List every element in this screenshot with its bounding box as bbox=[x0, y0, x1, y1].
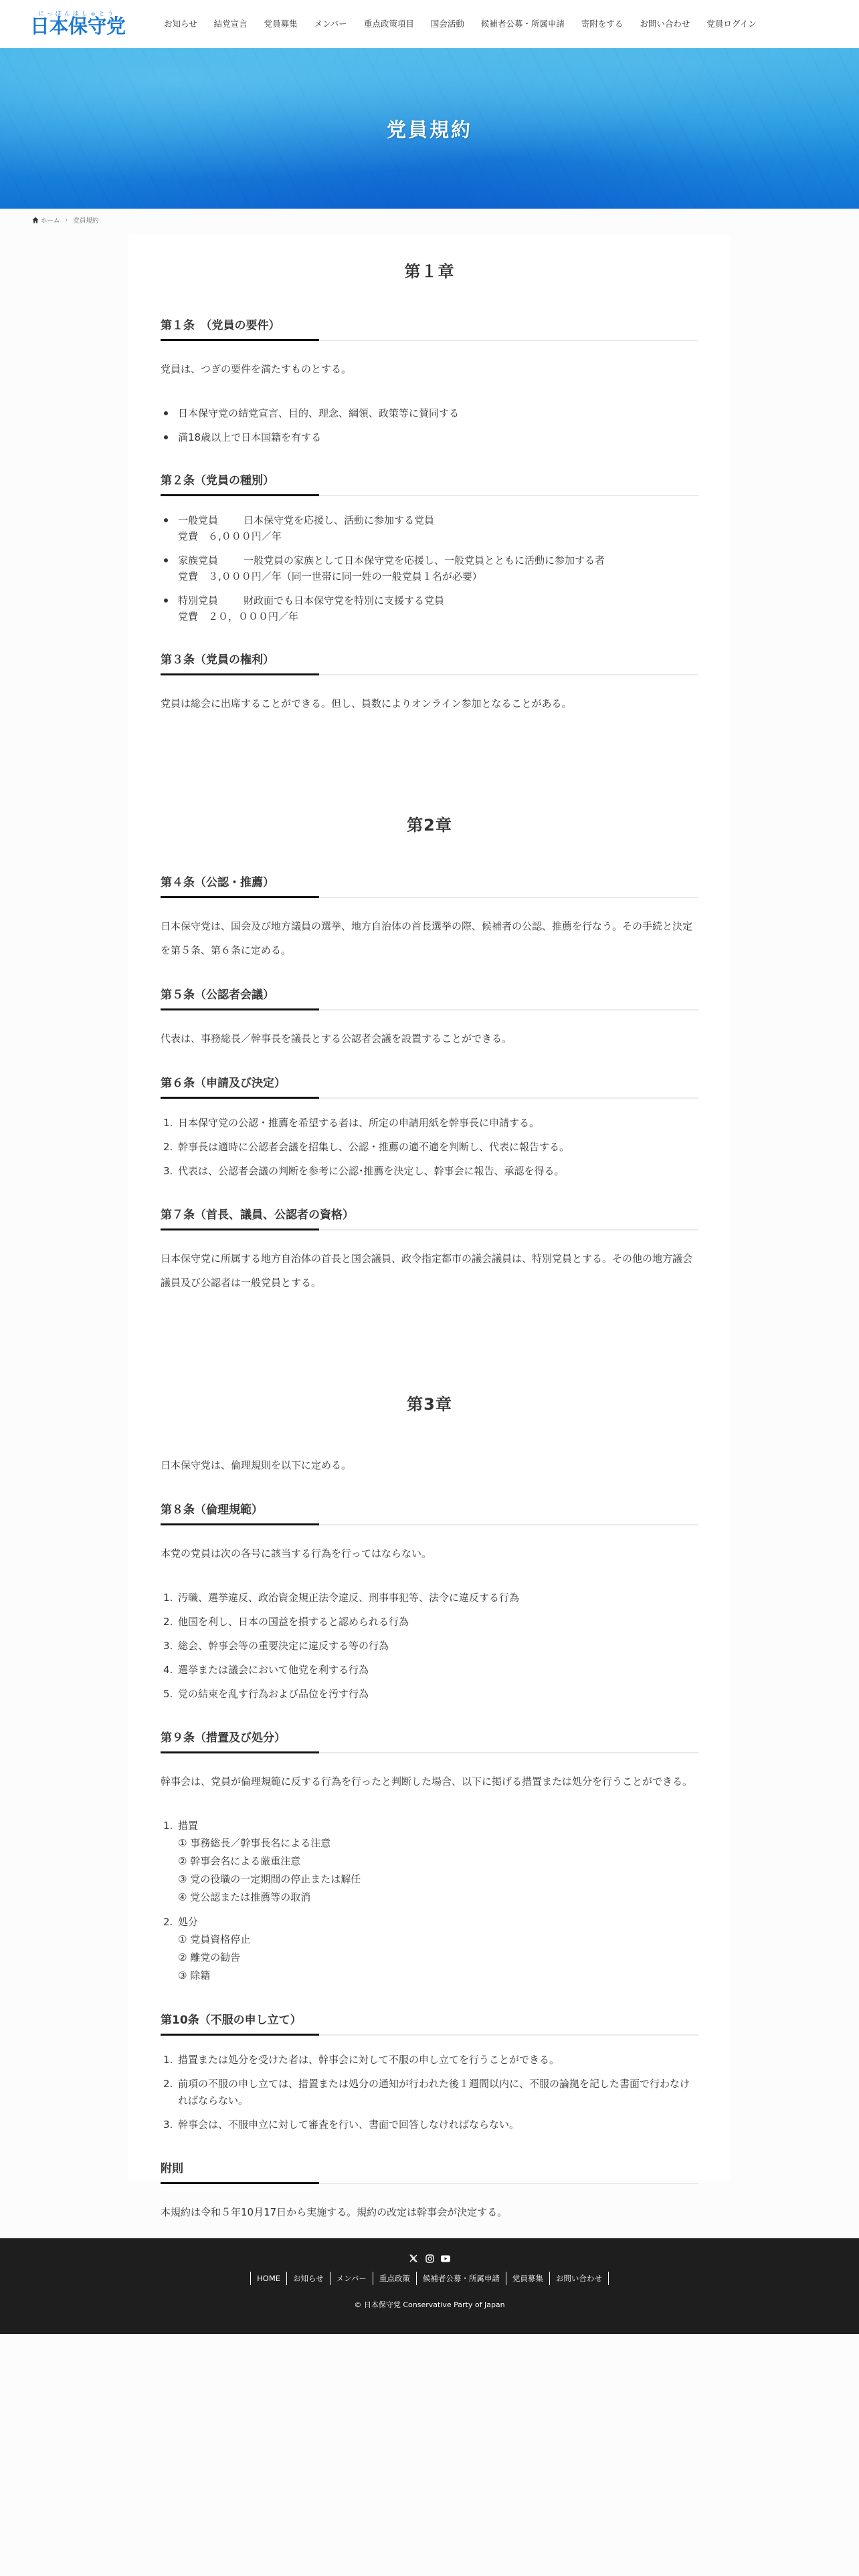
logo-text: 日本保守党 bbox=[30, 17, 126, 36]
member-type-desc: 日本保守党を応援し、活動に参加する党員 bbox=[244, 514, 434, 526]
youtube-icon[interactable] bbox=[441, 2254, 450, 2263]
article-4-text: 日本保守党は、国会及び地方議員の選挙、地方自治体の首長選挙の際、候補者の公認、推… bbox=[161, 914, 698, 962]
member-type-item: 一般党員日本保守党を応援し、活動に参加する党員 党費 ６,０００円／年 bbox=[161, 512, 698, 544]
nav-item-declaration[interactable]: 結党宣言 bbox=[214, 17, 248, 31]
footer-nav-candidates[interactable]: 候補者公募・所属申請 bbox=[416, 2272, 506, 2285]
x-icon[interactable] bbox=[409, 2254, 418, 2263]
chapter-1-title: 第１章 bbox=[161, 259, 698, 284]
list-item: 2.処分 ① 党員資格停止 ② 離党の勧告 ③ 除籍 bbox=[161, 1914, 698, 1985]
global-nav: お知らせ 結党宣言 党員募集 メンバー 重点政策項目 国会活動 候補者公募・所属… bbox=[164, 17, 773, 31]
member-fee: 党費 ３,０００円／年（同一世帯に同一姓の一般党員１名が必要） bbox=[178, 568, 698, 584]
article-9-heading: 第９条（措置及び処分） bbox=[161, 1729, 698, 1753]
footer-nav: HOME お知らせ メンバー 重点政策 候補者公募・所属申請 党員募集 お問い合… bbox=[0, 2272, 859, 2285]
footer-nav-news[interactable]: お知らせ bbox=[286, 2272, 330, 2285]
article-5-heading: 第５条（公認者会議） bbox=[161, 986, 698, 1010]
list-item: 1.汚職、選挙違反、政治資金規正法令違反、刑事事犯等、法令に違反する行為 bbox=[161, 1590, 698, 1606]
breadcrumb-separator: › bbox=[66, 217, 68, 224]
footer-nav-home[interactable]: HOME bbox=[250, 2272, 286, 2285]
article-8-list: 1.汚職、選挙違反、政治資金規正法令違反、刑事事犯等、法令に違反する行為 2.他… bbox=[161, 1590, 698, 1703]
article-4-heading: 第４条（公認・推薦） bbox=[161, 874, 698, 898]
article-3-heading: 第３条（党員の権利） bbox=[161, 651, 698, 675]
list-item: 2.他国を利し、日本の国益を損すると認められる行為 bbox=[161, 1614, 698, 1630]
list-item: 満18歳以上で日本国籍を有する bbox=[161, 429, 698, 445]
member-type: 一般党員 bbox=[178, 514, 218, 526]
article-6-list: 1.日本保守党の公認・推薦を希望する者は、所定の申請用紙を幹事長に申請する。 2… bbox=[161, 1115, 698, 1180]
list-item: 1.措置または処分を受けた者は、幹事会に対して不服の申し立てを行うことができる。 bbox=[161, 2052, 698, 2068]
list-item: 3.総会、幹事会等の重要決定に違反する等の行為 bbox=[161, 1638, 698, 1654]
supplementary-heading: 附則 bbox=[161, 2160, 698, 2184]
footer-nav-contact[interactable]: お問い合わせ bbox=[549, 2272, 609, 2285]
member-fee: 党費 ６,０００円／年 bbox=[178, 528, 698, 544]
article-2-heading: 第２条（党員の種別） bbox=[161, 472, 698, 496]
article-9-list: 1.措置 ① 事務総長／幹事長名による注意 ② 幹事会名による厳重注意 ③ 党の… bbox=[161, 1818, 698, 1985]
nav-item-diet[interactable]: 国会活動 bbox=[431, 17, 464, 31]
list-item: 3.幹事会は、不服申立に対して審査を行い、書面で回答しなければならない。 bbox=[161, 2117, 698, 2133]
article-7-text: 日本保守党に所属する地方自治体の首長と国会議員、政令指定都市の議会議員は、特別党… bbox=[161, 1247, 698, 1295]
article-10-list: 1.措置または処分を受けた者は、幹事会に対して不服の申し立てを行うことができる。… bbox=[161, 2052, 698, 2133]
list-item: 2.幹事長は適時に公認者会議を招集し、公認・推薦の適不適を判断し、代表に報告する… bbox=[161, 1139, 698, 1156]
nav-item-login[interactable]: 党員ログイン bbox=[706, 17, 756, 31]
sub-list: ① 党員資格停止 ② 離党の勧告 ③ 除籍 bbox=[178, 1931, 698, 1985]
nav-item-candidates[interactable]: 候補者公募・所属申請 bbox=[481, 17, 565, 31]
breadcrumb-current: 党員規約 bbox=[73, 215, 98, 225]
nav-item-members[interactable]: メンバー bbox=[314, 17, 347, 31]
instagram-icon[interactable] bbox=[425, 2254, 434, 2263]
member-type: 家族党員 bbox=[178, 554, 218, 566]
copyright: © 日本保守党 Conservative Party of Japan bbox=[0, 2299, 859, 2310]
breadcrumb: ホーム › 党員規約 bbox=[32, 215, 98, 225]
member-type-item: 家族党員一般党員の家族として日本保守党を応援し、一般党員とともに活動に参加する者… bbox=[161, 552, 698, 584]
list-item: 日本保守党の結党宣言、目的、理念、綱領、政策等に賛同する bbox=[161, 405, 698, 421]
article-8-intro: 本党の党員は次の各号に該当する行為を行ってはならない。 bbox=[161, 1541, 698, 1566]
supplementary-text: 本規約は令和５年10月17日から実施する。規約の改定は幹事会が決定する。 bbox=[161, 2200, 698, 2224]
list-item: 5.党の結束を乱す行為および品位を汚す行為 bbox=[161, 1686, 698, 1703]
article-5-text: 代表は、事務総長／幹事長を議長とする公認者会議を設置することができる。 bbox=[161, 1027, 698, 1051]
member-type-desc: 財政面でも日本保守党を特別に支援する党員 bbox=[244, 595, 444, 607]
article-1-list: 日本保守党の結党宣言、目的、理念、綱領、政策等に賛同する 満18歳以上で日本国籍… bbox=[161, 405, 698, 445]
nav-item-contact[interactable]: お問い合わせ bbox=[640, 17, 690, 31]
footer-nav-recruit[interactable]: 党員募集 bbox=[506, 2272, 549, 2285]
chapter-2-title: 第2章 bbox=[161, 813, 698, 837]
list-item: 4.選挙または議会において他党を利する行為 bbox=[161, 1662, 698, 1679]
nav-item-recruit[interactable]: 党員募集 bbox=[264, 17, 298, 31]
article-8-heading: 第８条（倫理規範） bbox=[161, 1501, 698, 1525]
member-type-item: 特別党員財政面でも日本保守党を特別に支援する党員 党費 ２０，０００円／年 bbox=[161, 593, 698, 625]
nav-item-donate[interactable]: 寄附をする bbox=[581, 17, 624, 31]
list-item: 3.代表は、公認者会議の判断を参考に公認･推薦を決定し、幹事会に報告、承認を得る… bbox=[161, 1163, 698, 1180]
chapter-3-title: 第3章 bbox=[161, 1392, 698, 1416]
nav-item-news[interactable]: お知らせ bbox=[164, 17, 197, 31]
member-type: 特別党員 bbox=[178, 595, 218, 607]
social-links bbox=[0, 2254, 859, 2263]
member-type-desc: 一般党員の家族として日本保守党を応援し、一般党員とともに活動に参加する者 bbox=[244, 554, 605, 566]
member-fee: 党費 ２０，０００円／年 bbox=[178, 609, 698, 625]
article-1-heading: 第１条 （党員の要件） bbox=[161, 317, 698, 341]
list-item: 2.前項の不服の申し立ては、措置または処分の通知が行われた後１週間以内に、不服の… bbox=[161, 2076, 698, 2109]
list-item: 1.日本保守党の公認・推薦を希望する者は、所定の申請用紙を幹事長に申請する。 bbox=[161, 1115, 698, 1132]
home-icon bbox=[32, 217, 39, 223]
chapter-3-intro: 日本保守党は、倫理規則を以下に定める。 bbox=[161, 1453, 698, 1477]
breadcrumb-home[interactable]: ホーム bbox=[41, 215, 60, 225]
nav-item-policy[interactable]: 重点政策項目 bbox=[364, 17, 414, 31]
hero-banner: 党員規約 bbox=[0, 48, 859, 209]
page-title: 党員規約 bbox=[0, 115, 859, 142]
article-2-list: 一般党員日本保守党を応援し、活動に参加する党員 党費 ６,０００円／年 家族党員… bbox=[161, 512, 698, 625]
sub-list: ① 事務総長／幹事長名による注意 ② 幹事会名による厳重注意 ③ 党の役職の一定… bbox=[178, 1834, 698, 1907]
article-7-heading: 第７条（首長、議員、公認者の資格） bbox=[161, 1206, 698, 1230]
site-logo[interactable]: にっぽんほしゅとう 日本保守党 bbox=[30, 8, 130, 40]
content-card: 第１章 第１条 （党員の要件） 党員は、つぎの要件を満たすものとする。 日本保守… bbox=[128, 235, 731, 2180]
article-1-intro: 党員は、つぎの要件を満たすものとする。 bbox=[161, 357, 698, 381]
footer-nav-members[interactable]: メンバー bbox=[330, 2272, 373, 2285]
list-item: 1.措置 ① 事務総長／幹事長名による注意 ② 幹事会名による厳重注意 ③ 党の… bbox=[161, 1818, 698, 1907]
article-6-heading: 第６条（申請及び決定） bbox=[161, 1075, 698, 1099]
article-3-text: 党員は総会に出席することができる。但し、員数によりオンライン参加となることがある… bbox=[161, 691, 698, 716]
site-header: にっぽんほしゅとう 日本保守党 お知らせ 結党宣言 党員募集 メンバー 重点政策… bbox=[0, 0, 859, 48]
site-footer: HOME お知らせ メンバー 重点政策 候補者公募・所属申請 党員募集 お問い合… bbox=[0, 2238, 859, 2334]
article-9-intro: 幹事会は、党員が倫理規範に反する行為を行ったと判断した場合、以下に掲げる措置また… bbox=[161, 1769, 698, 1794]
footer-nav-policy[interactable]: 重点政策 bbox=[373, 2272, 416, 2285]
article-10-heading: 第10条（不服の申し立て） bbox=[161, 2012, 698, 2036]
